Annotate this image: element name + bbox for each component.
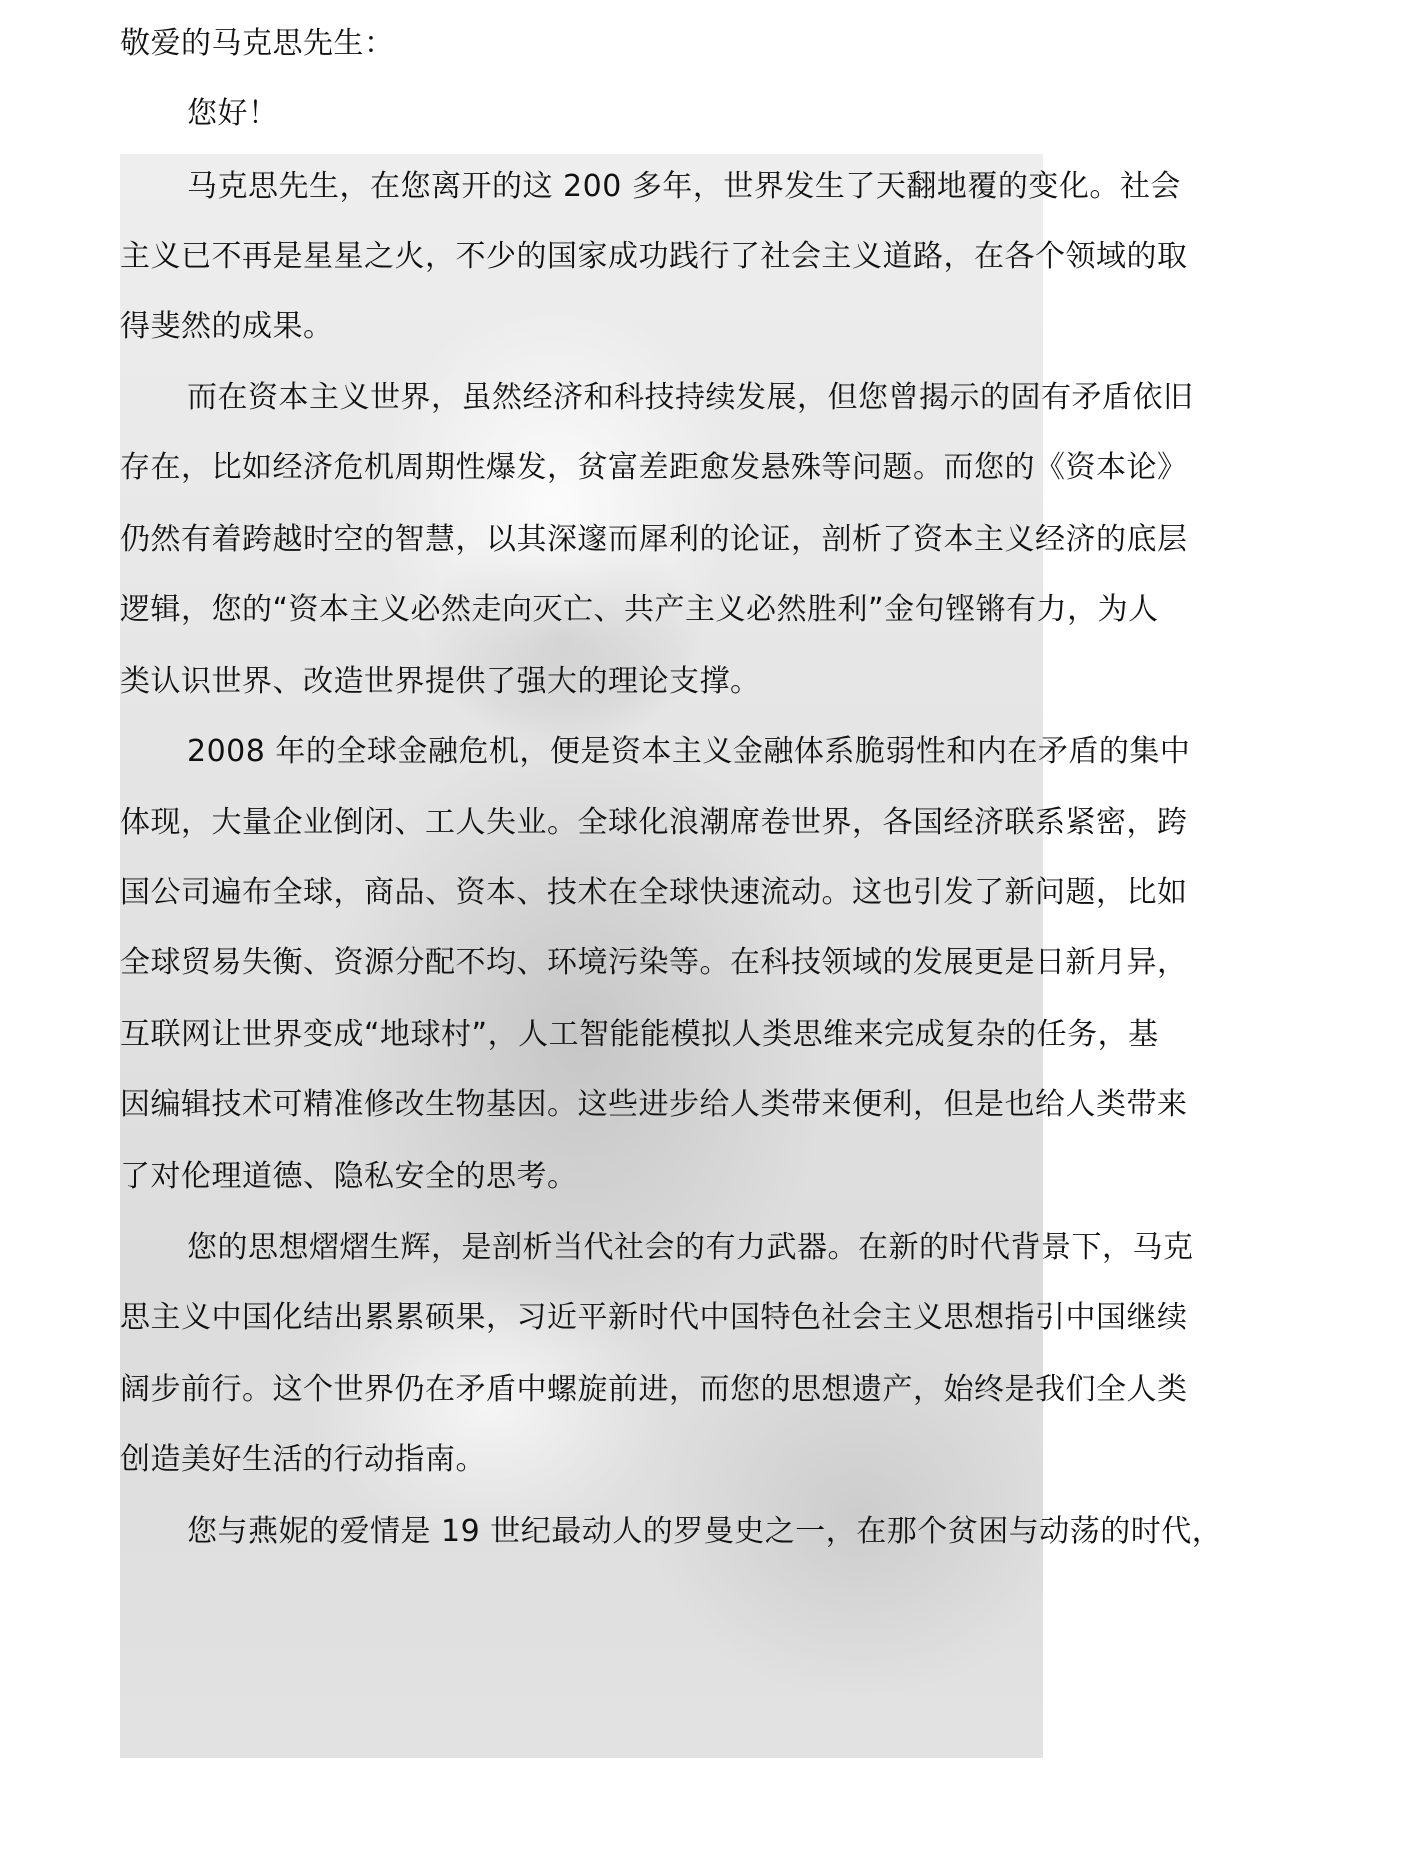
paragraph-line: 马克思先生，在您离开的这 200 多年，世界发生了天翻地覆的变化。社会: [187, 162, 1127, 212]
paragraph-line: 全球贸易失衡、资源分配不均、环境污染等。在科技领域的发展更是日新月异，: [120, 938, 1060, 988]
paragraph-line: 创造美好生活的行动指南。: [120, 1435, 1060, 1485]
paragraph-line: 思主义中国化结出累累硕果，习近平新时代中国特色社会主义思想指引中国继续: [120, 1293, 1060, 1343]
paragraph-line: 阔步前行。这个世界仍在矛盾中螺旋前进，而您的思想遗产，始终是我们全人类: [120, 1365, 1060, 1415]
letter-salutation: 敬爱的马克思先生：: [120, 19, 1060, 69]
paragraph-line: 您的思想熠熠生辉，是剖析当代社会的有力武器。在新的时代背景下，马克: [187, 1223, 1127, 1273]
paragraph-line: 逻辑，您的“资本主义必然走向灭亡、共产主义必然胜利”金句铿锵有力，为人: [120, 585, 1060, 635]
paragraph-line: 类认识世界、改造世界提供了强大的理论支撑。: [120, 657, 1060, 707]
paragraph-line: 国公司遍布全球，商品、资本、技术在全球快速流动。这也引发了新问题，比如: [120, 868, 1060, 918]
paragraph-line: 互联网让世界变成“地球村”，人工智能能模拟人类思维来完成复杂的任务，基: [120, 1010, 1060, 1060]
paragraph-line: 因编辑技术可精准修改生物基因。这些进步给人类带来便利，但是也给人类带来: [120, 1080, 1060, 1130]
paragraph-line: 得斐然的成果。: [120, 302, 1060, 352]
paragraph-line: 主义已不再是星星之火，不少的国家成功践行了社会主义道路，在各个领域的取: [120, 232, 1060, 282]
paragraph-line: 而在资本主义世界，虽然经济和科技持续发展，但您曾揭示的固有矛盾依旧: [187, 373, 1127, 423]
paragraph-line: 您与燕妮的爱情是 19 世纪最动人的罗曼史之一，在那个贫困与动荡的时代，: [187, 1507, 1127, 1557]
paragraph-line: 了对伦理道德、隐私安全的思考。: [120, 1152, 1060, 1202]
paragraph-line: 仍然有着跨越时空的智慧，以其深邃而犀利的论证，剖析了资本主义经济的底层: [120, 515, 1060, 565]
paragraph-line: 体现，大量企业倒闭、工人失业。全球化浪潮席卷世界，各国经济联系紧密，跨: [120, 798, 1060, 848]
paragraph-line: 存在，比如经济危机周期性爆发，贫富差距愈发悬殊等问题。而您的《资本论》: [120, 443, 1060, 493]
paragraph-line: 2008 年的全球金融危机，便是资本主义金融体系脆弱性和内在矛盾的集中: [187, 727, 1127, 777]
letter-greeting: 您好！: [187, 89, 1127, 139]
